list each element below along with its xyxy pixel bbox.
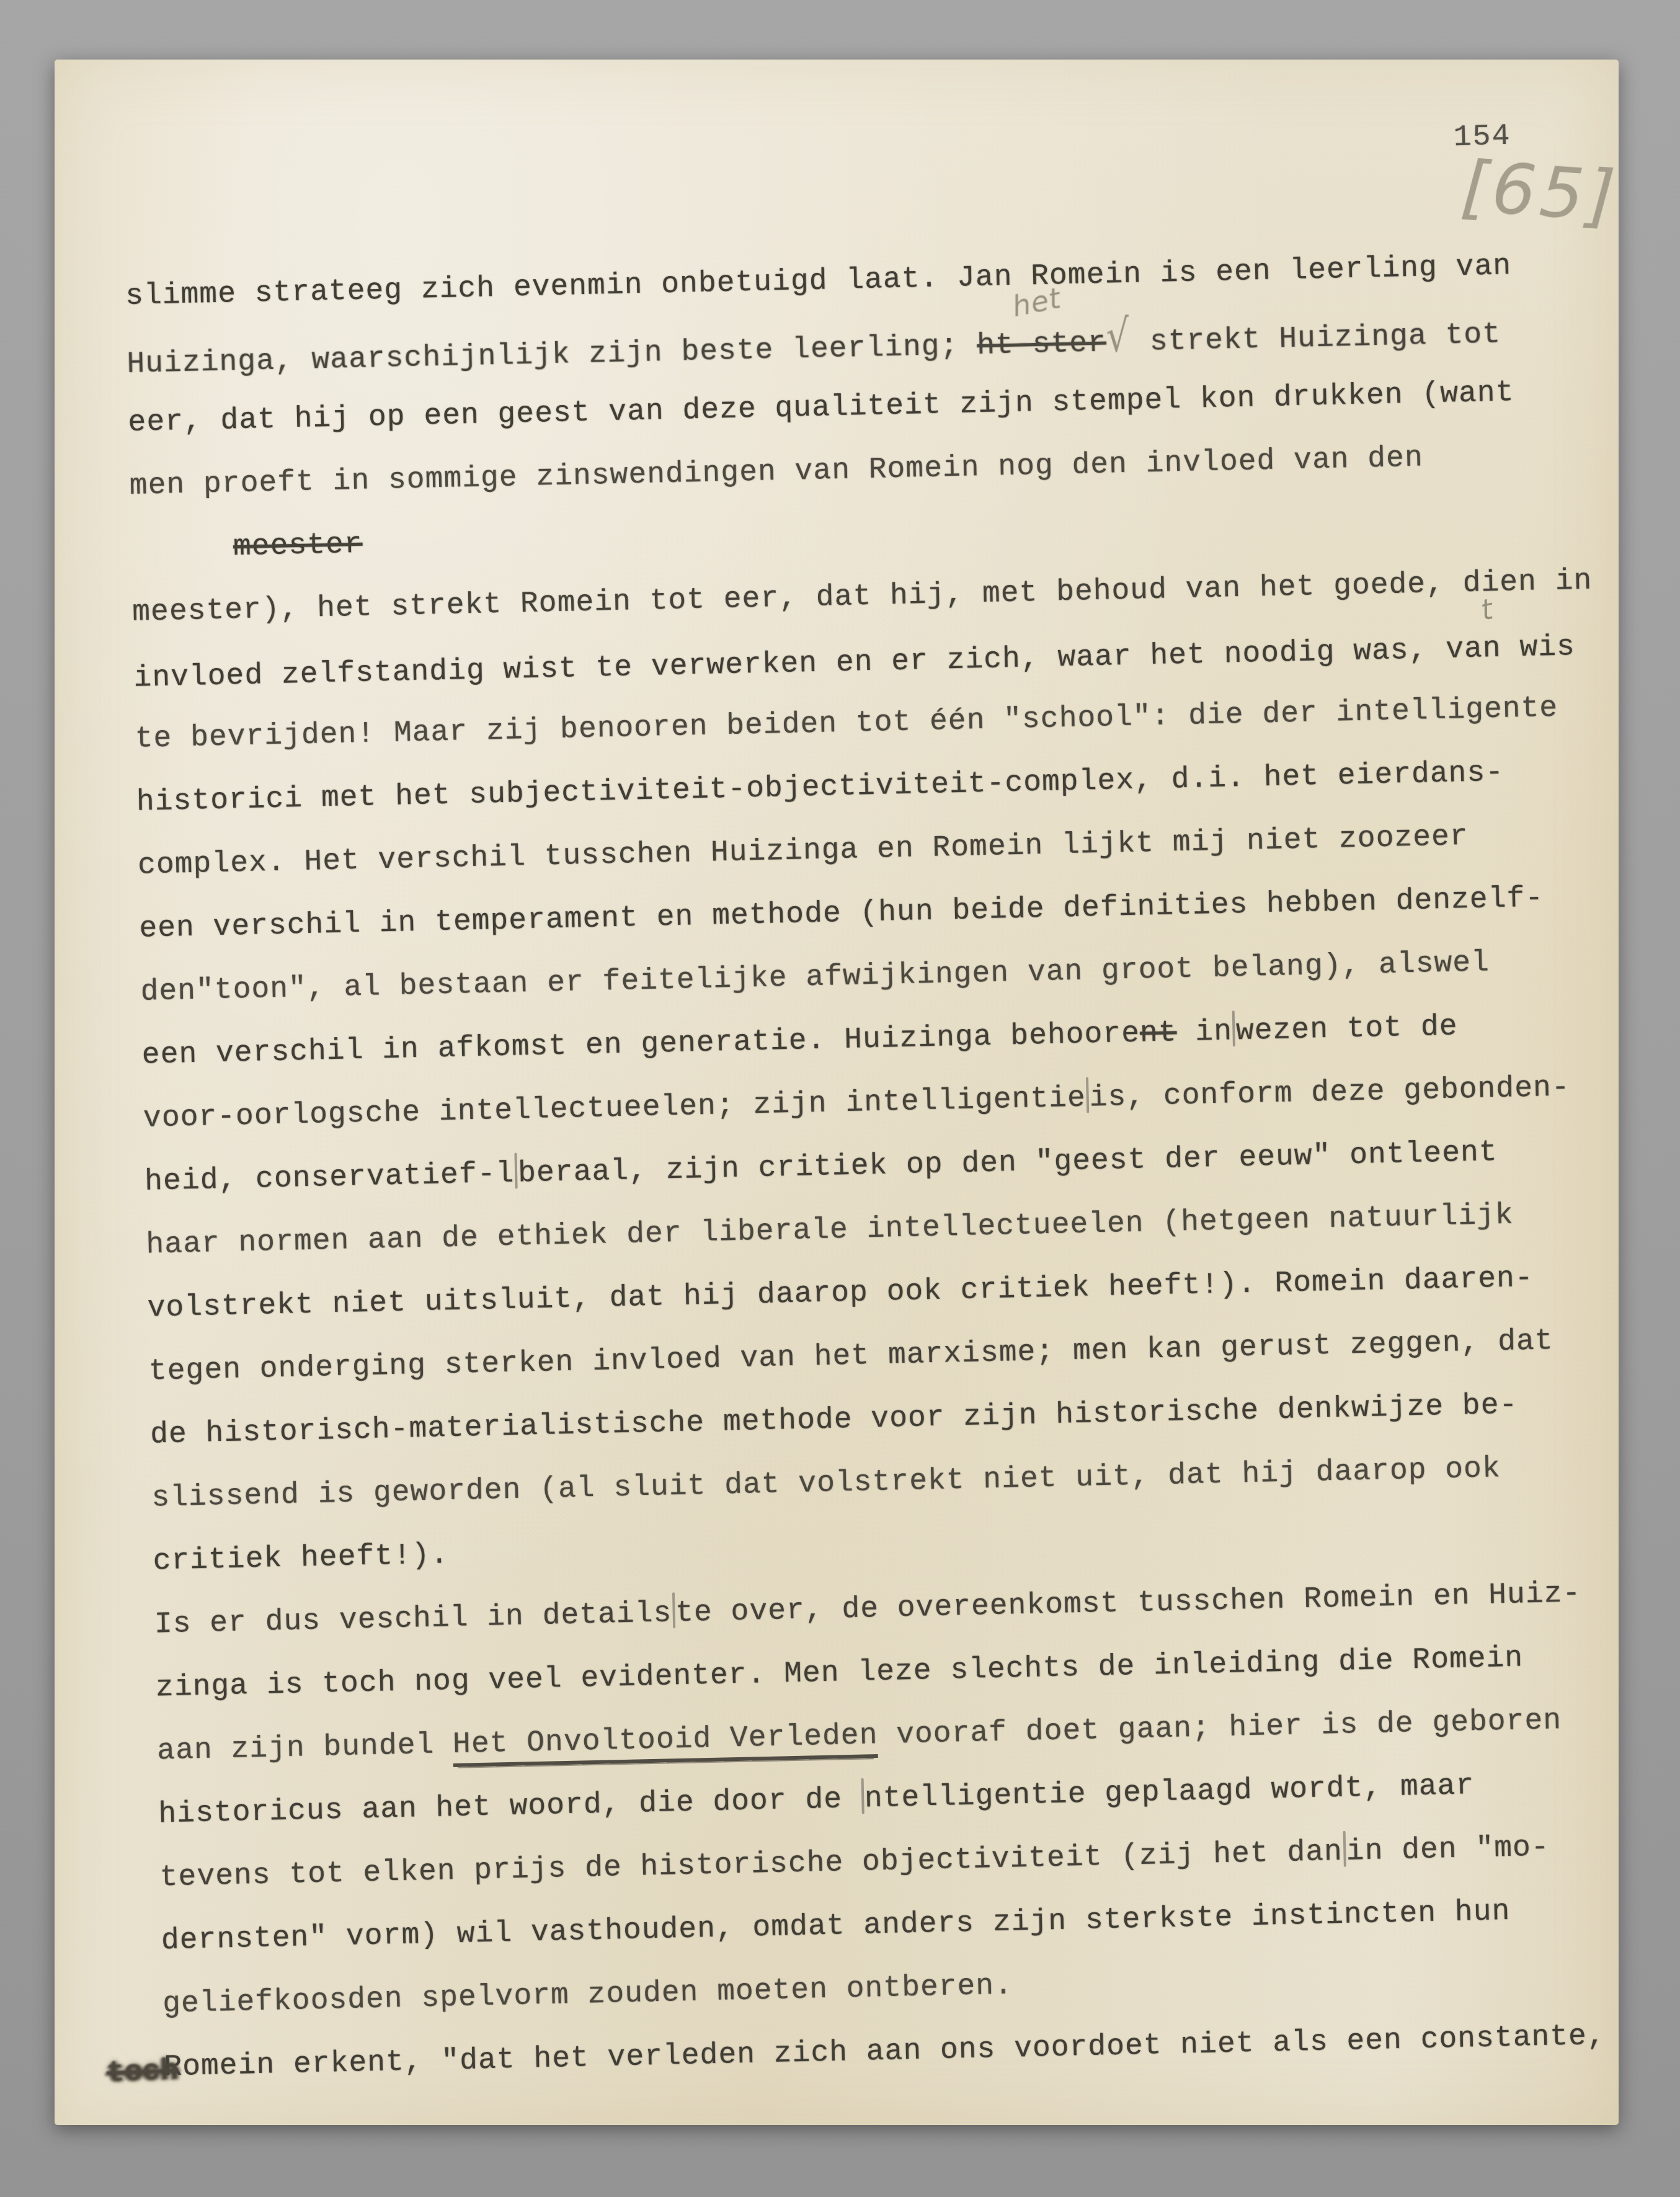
typed-line: aan zijn bundel Het Onvoltooid Verleden … xyxy=(157,1701,1562,1770)
text-segment: tegen onderging sterken invloed van het … xyxy=(148,1324,1553,1388)
document-page: 154 [65] slimme strateeg zich evenmin on… xyxy=(55,60,1619,2125)
typed-line: meester), het strekt Romein tot eer, dat… xyxy=(132,562,1593,632)
scanned-typescript-page: { "page": { "page_number": "154", "annot… xyxy=(0,0,1680,2197)
typed-line: Is er dus veschil in detailste over, de … xyxy=(154,1574,1581,1644)
text-segment: een verschil in afkomst en generatie. Hu… xyxy=(141,1017,1140,1072)
typed-line: slimme strateeg zich evenmin onbetuigd l… xyxy=(125,247,1511,316)
text-segment: een verschil in temperament en methode (… xyxy=(139,881,1544,945)
underlined-title: Het Onvoltooid Verleden xyxy=(453,1719,879,1767)
text-segment: strekt Huizinga tot xyxy=(1149,318,1501,359)
text-segment: men proeft in sommige zinswendingen van … xyxy=(129,441,1423,503)
typed-line: Romein erkent, "dat het verleden zich aa… xyxy=(164,2017,1606,2087)
typed-line: tevens tot elken prijs de historische ob… xyxy=(159,1828,1550,1897)
typed-line: eer, dat hij op een geest van deze quali… xyxy=(128,373,1514,442)
text-segment: zinga is toch nog veel evidenter. Men le… xyxy=(156,1641,1524,1705)
typed-line: zinga is toch nog veel evidenter. Men le… xyxy=(155,1639,1523,1707)
text-segment: historici met het subjectiviteit-objecti… xyxy=(136,756,1504,819)
typed-line: Huizinga, waarschijnlijk zijn beste leer… xyxy=(127,311,1501,384)
text-segment: dernsten" vorm) wil vasthouden, omdat an… xyxy=(161,1895,1510,1958)
typed-line: meester xyxy=(233,525,363,567)
text-segment: vooraf doet gaan; hier is de geboren xyxy=(878,1704,1562,1752)
text-segment: meester), het strekt Romein tot eer, dat… xyxy=(132,564,1593,630)
text-segment: haar normen aan de ethiek der liberale i… xyxy=(146,1199,1514,1262)
typed-line: critiek heeft!). xyxy=(153,1536,449,1580)
typed-line: heid, conservatief-lberaal, zijn critiek… xyxy=(144,1133,1498,1201)
typed-line: voor-oorlogsche intellectueelen; zijn in… xyxy=(143,1068,1570,1138)
text-segment: te bevrijden! Maar zij benooren beiden t… xyxy=(135,692,1558,756)
text-segment: complex. Het verschil tusschen Huizinga … xyxy=(138,820,1469,883)
text-segment: historicus aan het woord, die door de xyxy=(158,1783,861,1832)
typed-line: een verschil in temperament en methode (… xyxy=(139,879,1544,948)
typed-line: historici met het subjectiviteit-objecti… xyxy=(136,754,1504,822)
text-segment: Huizinga, waarschijnlijk zijn beste leer… xyxy=(127,329,977,381)
text-segment: eer, dat hij op een geest van deze quali… xyxy=(128,376,1514,440)
text-segment: aan zijn bundel xyxy=(157,1728,453,1768)
struck-text: meester xyxy=(233,528,363,564)
typed-line: tegen onderging sterken invloed van het … xyxy=(148,1322,1553,1391)
text-segment: de historisch-materialistische methode v… xyxy=(150,1388,1518,1451)
text-segment: wezen tot de xyxy=(1235,1010,1458,1048)
text-segment: slissend is geworden (al sluit dat volst… xyxy=(151,1452,1501,1515)
pencil-handwriting: t xyxy=(1477,592,1485,630)
typed-line: slissend is geworden (al sluit dat volst… xyxy=(151,1450,1501,1517)
text-segment: in xyxy=(1176,1015,1233,1049)
struck-text: ht-ster xyxy=(977,327,1107,363)
typed-line: dernsten" vorm) wil vasthouden, omdat an… xyxy=(161,1892,1511,1960)
text-segment: critiek heeft!). xyxy=(153,1538,449,1578)
text-segment: in den "mo- xyxy=(1346,1830,1550,1868)
text-segment: voor-oorlogsche intellectueelen; zijn in… xyxy=(143,1082,1086,1136)
text-segment: te over, de overeenkomst tusschen Romein… xyxy=(675,1577,1581,1630)
text-segment: Is er dus veschil in details xyxy=(154,1597,672,1641)
typed-line: te bevrijden! Maar zij benooren beiden t… xyxy=(135,689,1558,759)
typed-line: haar normen aan de ethiek der liberale i… xyxy=(146,1197,1514,1265)
typed-line: den"toon", al bestaan er feitelijke afwi… xyxy=(140,943,1490,1011)
typed-text-block: slimme strateeg zich evenmin onbetuigd l… xyxy=(55,60,1619,2125)
text-segment: invloed zelfstandig wist te verwerken en… xyxy=(133,630,1575,695)
typed-line: complex. Het verschil tusschen Huizinga … xyxy=(138,818,1469,885)
struck-text: nt xyxy=(1139,1016,1177,1050)
text-segment: ntelligentie geplaagd wordt, maar xyxy=(864,1769,1475,1816)
text-segment: heid, conservatief-l xyxy=(144,1157,515,1199)
text-segment: den"toon", al bestaan er feitelijke afwi… xyxy=(140,946,1490,1009)
text-segment: is, conform deze gebonden- xyxy=(1089,1071,1570,1115)
pencil-handwriting: het xyxy=(1008,288,1016,326)
typed-line: de historisch-materialistische methode v… xyxy=(150,1386,1518,1454)
typed-line: invloed zelfstandig wist te verwerken en… xyxy=(133,625,1576,698)
typed-line: een verschil in afkomst en generatie. Hu… xyxy=(141,1007,1458,1074)
text-segment: volstrekt niet uitsluit, dat hij daarop … xyxy=(147,1262,1534,1326)
text-segment: slimme strateeg zich evenmin onbetuigd l… xyxy=(125,249,1512,313)
text-segment: beraal, zijn critiek op den "geest der e… xyxy=(518,1136,1498,1190)
struck-word-smudge: toch xyxy=(106,2054,179,2090)
typed-line: men proeft in sommige zinswendingen van … xyxy=(129,439,1423,505)
text-segment: Romein erkent, "dat het verleden zich aa… xyxy=(164,2020,1606,2085)
typed-line: geliefkoosden spelvorm zouden moeten ont… xyxy=(162,1966,1013,2023)
pencil-checkmark: √ xyxy=(1106,311,1150,360)
text-segment: geliefkoosden spelvorm zouden moeten ont… xyxy=(162,1969,1013,2021)
text-segment: tevens tot elken prijs de historische ob… xyxy=(159,1835,1343,1895)
typed-line: volstrekt niet uitsluit, dat hij daarop … xyxy=(147,1259,1534,1328)
typed-line: historicus aan het woord, die door de nt… xyxy=(158,1767,1475,1834)
